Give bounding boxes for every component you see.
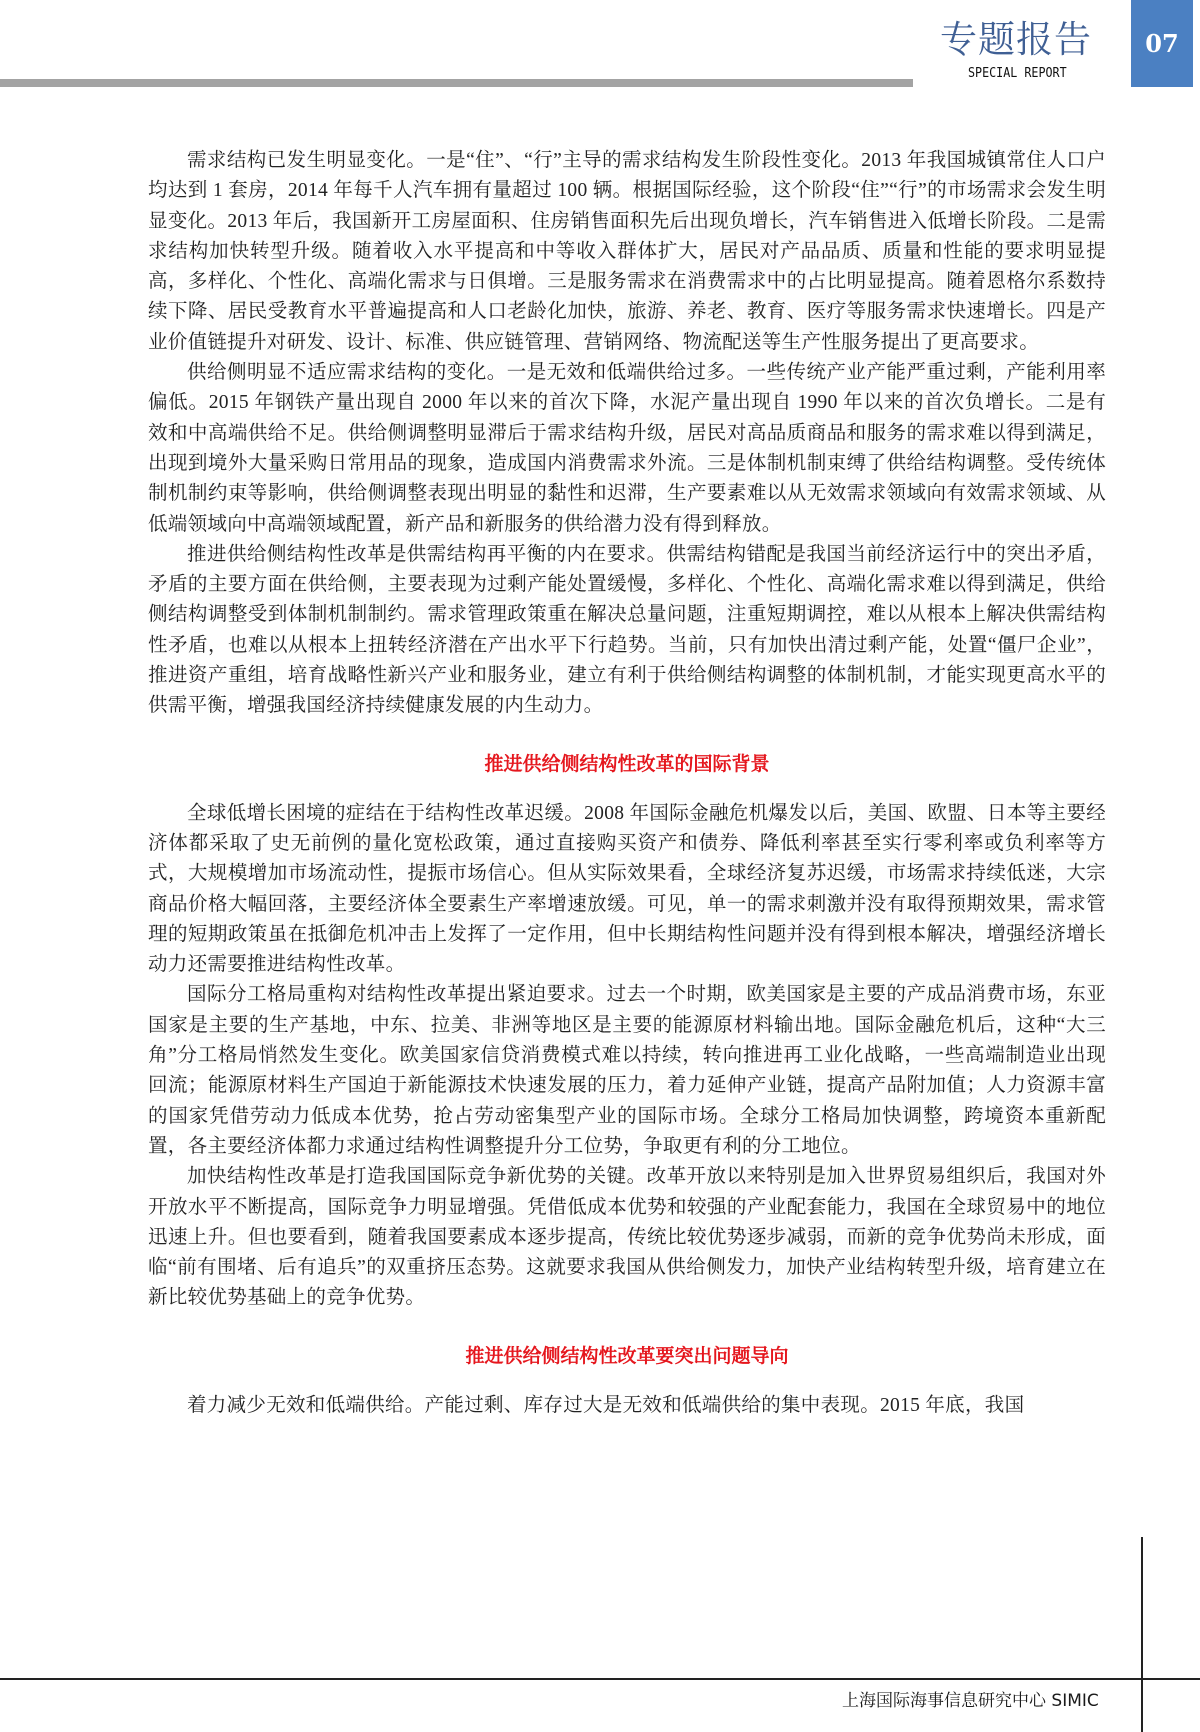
footer-vertical-rule bbox=[1141, 1537, 1143, 1732]
paragraph: 供给侧明显不适应需求结构的变化。一是无效和低端供给过多。一些传统产业产能严重过剩… bbox=[148, 358, 1106, 540]
header-subtitle: SPECIAL REPORT bbox=[968, 66, 1067, 82]
paragraph: 全球低增长困境的症结在于结构性改革迟缓。2008 年国际金融危机爆发以后，美国、… bbox=[148, 799, 1106, 981]
paragraph: 着力减少无效和低端供给。产能过剩、库存过大是无效和低端供给的集中表现。2015 … bbox=[148, 1391, 1106, 1421]
section-heading-problem-orientation: 推进供给侧结构性改革要突出问题导向 bbox=[148, 1341, 1106, 1371]
header-title: 专题报告 bbox=[940, 18, 1100, 62]
article-body: 需求结构已发生明显变化。一是“住”、“行”主导的需求结构发生阶段性变化。2013… bbox=[148, 146, 1106, 1421]
paragraph: 需求结构已发生明显变化。一是“住”、“行”主导的需求结构发生阶段性变化。2013… bbox=[148, 146, 1106, 358]
page-number: 07 bbox=[1145, 29, 1178, 58]
footer-organization: 上海国际海事信息研究中心 SIMIC bbox=[842, 1690, 1099, 1712]
paragraph: 推进供给侧结构性改革是供需结构再平衡的内在要求。供需结构错配是我国当前经济运行中… bbox=[148, 540, 1106, 722]
header-divider-bar bbox=[0, 79, 913, 87]
paragraph: 国际分工格局重构对结构性改革提出紧迫要求。过去一个时期，欧美国家是主要的产成品消… bbox=[148, 980, 1106, 1162]
footer-horizontal-rule bbox=[0, 1678, 1200, 1680]
page-number-badge: 07 bbox=[1131, 0, 1193, 87]
section-heading-international-background: 推进供给侧结构性改革的国际背景 bbox=[148, 749, 1106, 779]
paragraph: 加快结构性改革是打造我国国际竞争新优势的关键。改革开放以来特别是加入世界贸易组织… bbox=[148, 1162, 1106, 1313]
